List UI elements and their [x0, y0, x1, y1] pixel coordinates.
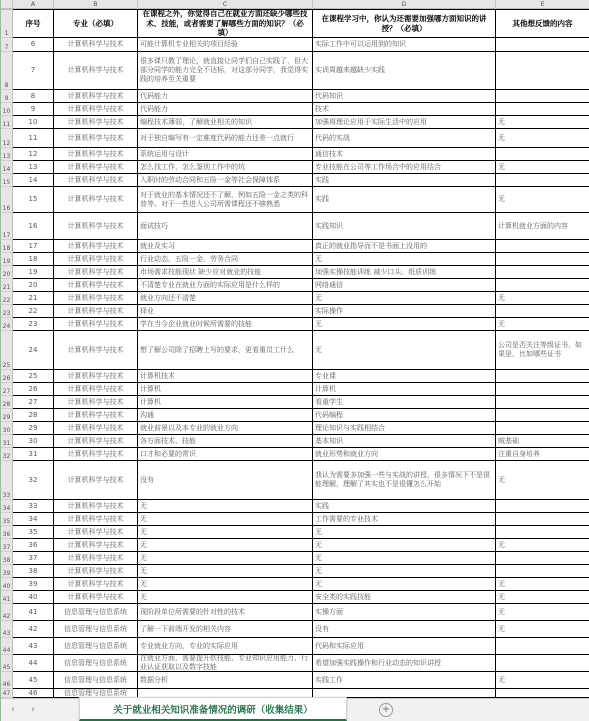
cell-lacking[interactable]: 无 [138, 552, 313, 565]
cell-feedback[interactable]: 无 [496, 672, 589, 689]
cell-serial[interactable]: 24 [13, 331, 54, 370]
table-row: 4544信息管理与信息系统在就业方面，需要提升软技能、专业知识应用能力、行业认证… [1, 655, 589, 672]
cell-major[interactable]: 计算机科学与技术 [54, 526, 138, 539]
cell-lacking[interactable]: 就业前景以及本专业的就业方向 [138, 422, 313, 435]
row-number-cell[interactable]: 38 [1, 552, 13, 565]
cell-serial[interactable]: 44 [13, 655, 54, 672]
table-row: 1413计算机科学与技术怎么找工作，怎么鉴别工作中的坑专业技能在公司等工作场合中… [1, 161, 589, 174]
row-number-cell[interactable]: 17 [1, 213, 13, 240]
cell-major[interactable]: 计算机科学与技术 [54, 103, 138, 116]
cell-teaching[interactable]: 理论知识与实践相结合 [313, 422, 496, 435]
spreadsheet-app: A B C D E 1 序号 专业（必填） 在课程之外，你觉得自己在就业方面还缺… [0, 0, 589, 721]
table-row: 2423计算机科学与技术学在当今企业就业时候所需要的技能无无 [1, 318, 589, 331]
row-number-cell[interactable]: 15 [1, 174, 13, 187]
cell-teaching[interactable]: 网络通信 [313, 279, 496, 292]
row-number-cell[interactable]: 28 [1, 396, 13, 409]
cell-serial[interactable]: 23 [13, 318, 54, 331]
header-lacking-skills[interactable]: 在课程之外，你觉得自己在就业方面还缺少哪些技术、技能，或者需要了解哪些方面的知识… [138, 9, 313, 38]
cell-teaching[interactable]: 工作需要的专业技术 [313, 513, 496, 526]
cell-lacking[interactable]: 口才和必要的常识 [138, 448, 313, 461]
row-number-cell[interactable]: 37 [1, 539, 13, 552]
cell-major[interactable]: 计算机科学与技术 [54, 116, 138, 129]
row-number-cell[interactable]: 19 [1, 253, 13, 266]
cell-lacking[interactable]: 在就业方面，需要提升软技能、专业知识应用能力、行业认证获取以及数字技能 [138, 655, 313, 672]
row-number-cell[interactable]: 29 [1, 409, 13, 422]
cell-lacking[interactable]: 无 [138, 500, 313, 513]
table-row: 1716计算机科学与技术面试技巧实践知识计算机就业方面的内容 [1, 213, 589, 240]
cell-serial[interactable]: 11 [13, 129, 54, 148]
cell-major[interactable]: 计算机科学与技术 [54, 422, 138, 435]
cell-teaching[interactable]: 实践 [313, 500, 496, 513]
cell-lacking[interactable]: 行业动态，五险一金，劳务合同 [138, 253, 313, 266]
cell-teaching[interactable]: 我认为需要多加强一些与实战的讲授，很多情况下不是很能理解，理解了其实也不是很懂怎… [313, 461, 496, 500]
cell-feedback[interactable] [496, 148, 589, 161]
row-number-cell[interactable]: 9 [1, 90, 13, 103]
table-row: 1312计算机科学与技术系统运用与设计通信技术 [1, 148, 589, 161]
row-number-cell[interactable]: 20 [1, 266, 13, 279]
cell-major[interactable]: 计算机科学与技术 [54, 318, 138, 331]
table-row: 3332计算机科学与技术没有我认为需要多加强一些与实战的讲授，很多情况下不是很能… [1, 461, 589, 500]
cell-teaching[interactable]: 实操方面 [313, 604, 496, 621]
table-row: 87计算机科学与技术很多课只教了理论，就直接让同学们自己实践了，但大部分同学的能… [1, 52, 589, 90]
cell-feedback[interactable] [496, 409, 589, 422]
cell-serial[interactable]: 21 [13, 292, 54, 305]
table-row: 2928计算机科学与技术沟通代码编程 [1, 409, 589, 422]
cell-feedback[interactable]: 公司是否关注等级证书，如果是，比如哪些证书 [496, 331, 589, 370]
cell-feedback[interactable]: 无 [496, 621, 589, 638]
cell-teaching[interactable]: 专业课 [313, 370, 496, 383]
cell-teaching[interactable]: 真正的就业指导而不是书面上没用的 [313, 240, 496, 253]
cell-serial[interactable]: 36 [13, 539, 54, 552]
cell-teaching[interactable]: 代码知识 [313, 90, 496, 103]
cell-feedback[interactable]: 计算机就业方面的内容 [496, 213, 589, 240]
table-row: 3534计算机科学与技术无工作需要的专业技术 [1, 513, 589, 526]
cell-serial[interactable]: 20 [13, 279, 54, 292]
cell-teaching[interactable]: 无 [313, 331, 496, 370]
cell-major[interactable]: 计算机科学与技术 [54, 331, 138, 370]
cell-teaching[interactable]: 计算机 [313, 383, 496, 396]
cell-serial[interactable]: 13 [13, 161, 54, 174]
cell-serial[interactable]: 35 [13, 526, 54, 539]
cell-feedback[interactable]: 无 [496, 539, 589, 552]
cell-feedback[interactable]: 无 [496, 187, 589, 213]
cell-lacking[interactable]: 编程技术薄弱，了解就业相关的知识 [138, 116, 313, 129]
cell-serial[interactable]: 46 [13, 689, 54, 698]
cell-major[interactable]: 计算机科学与技术 [54, 161, 138, 174]
row-number-cell[interactable]: 34 [1, 500, 13, 513]
cell-teaching[interactable]: 无 [313, 318, 496, 331]
tab-nav-right-icon[interactable]: › [31, 703, 35, 717]
cell-serial[interactable]: 40 [13, 591, 54, 604]
cell-serial[interactable]: 33 [13, 500, 54, 513]
cell-serial[interactable]: 6 [13, 38, 54, 52]
row-number-cell[interactable]: 13 [1, 148, 13, 161]
table-row: 2322计算机科学与技术择业实际操作 [1, 305, 589, 318]
cell-major[interactable]: 计算机科学与技术 [54, 370, 138, 383]
row-number-cell[interactable]: 32 [1, 448, 13, 461]
table-row: 109计算机科学与技术代码能力技术 [1, 103, 589, 116]
cell-teaching[interactable]: 代码和实际应用 [313, 638, 496, 655]
row-number-cell[interactable]: 44 [1, 638, 13, 655]
row-number-cell[interactable]: 33 [1, 461, 13, 500]
row-number-cell[interactable]: 27 [1, 383, 13, 396]
cell-major[interactable]: 计算机科学与技术 [54, 90, 138, 103]
cell-serial[interactable]: 16 [13, 213, 54, 240]
cell-feedback[interactable]: 无 [496, 578, 589, 591]
cell-feedback[interactable] [496, 655, 589, 672]
cell-lacking[interactable]: 对于就业的基本情况还不了解，例如五险一金之类的科普等。对于一些进入公司所需课程还… [138, 187, 313, 213]
column-letter-b[interactable]: B [54, 0, 138, 8]
header-other-feedback[interactable]: 其他想反馈的内容 [496, 9, 589, 38]
table-row: 4645信息管理与信息系统数据分析实践工作无 [1, 672, 589, 689]
cell-lacking[interactable]: 代码能力 [138, 90, 313, 103]
cell-feedback[interactable] [496, 52, 589, 90]
cell-serial[interactable]: 38 [13, 565, 54, 578]
cell-feedback[interactable] [496, 174, 589, 187]
cell-major[interactable]: 计算机科学与技术 [54, 591, 138, 604]
table-row: 4342信息管理与信息系统了解一下前端开发的相关内容没有无 [1, 621, 589, 638]
cell-lacking[interactable]: 怎么找工作，怎么鉴别工作中的坑 [138, 161, 313, 174]
table-row: 3433计算机科学与技术无实践 [1, 500, 589, 513]
active-sheet-tab[interactable]: 关于就业相关知识准备情况的调研（收集结果） [79, 697, 347, 721]
cell-lacking[interactable]: 无 [138, 539, 313, 552]
cell-lacking[interactable]: 学在当今企业就业时候所需要的技能 [138, 318, 313, 331]
cell-feedback[interactable] [496, 638, 589, 655]
header-serial[interactable]: 序号 [13, 9, 54, 38]
cell-serial[interactable]: 43 [13, 638, 54, 655]
cell-teaching[interactable]: 实践知识 [313, 213, 496, 240]
cell-major[interactable]: 信息管理与信息系统 [54, 672, 138, 689]
cell-serial[interactable]: 22 [13, 305, 54, 318]
cell-lacking[interactable]: 计算机 [138, 383, 313, 396]
header-teaching-needs[interactable]: 在课程学习中，你认为还需要加强哪方面知识的讲授？（必填） [313, 9, 496, 38]
row-number-cell[interactable]: 40 [1, 578, 13, 591]
cell-feedback[interactable]: 无 [496, 591, 589, 604]
row-number-cell[interactable]: 36 [1, 526, 13, 539]
cell-major[interactable]: 信息管理与信息系统 [54, 638, 138, 655]
row-number-cell[interactable]: 43 [1, 621, 13, 638]
cell-major[interactable]: 信息管理与信息系统 [54, 604, 138, 621]
cell-feedback[interactable] [496, 38, 589, 52]
table-row: 4039计算机科学与技术无无无 [1, 578, 589, 591]
cell-major[interactable]: 计算机科学与技术 [54, 500, 138, 513]
cell-teaching[interactable]: 专业技能在公司等工作场合中的应用结合 [313, 161, 496, 174]
cell-feedback[interactable] [496, 279, 589, 292]
table-row: 3837计算机科学与技术无无 [1, 552, 589, 565]
cell-major[interactable]: 计算机科学与技术 [54, 409, 138, 422]
row-number-cell[interactable]: 31 [1, 435, 13, 448]
cell-serial[interactable]: 28 [13, 409, 54, 422]
table-row: 3231计算机科学与技术口才和必要的常识就业形势和就业方向注重自身培养 [1, 448, 589, 461]
cell-major[interactable]: 计算机科学与技术 [54, 461, 138, 500]
cell-serial[interactable]: 37 [13, 552, 54, 565]
cell-serial[interactable]: 10 [13, 116, 54, 129]
row-number-cell[interactable]: 25 [1, 331, 13, 370]
cell-lacking[interactable]: 就业及实习 [138, 240, 313, 253]
cell-major[interactable]: 计算机科学与技术 [54, 578, 138, 591]
cell-teaching[interactable]: 加强实操技能训练 减少口头、纸质训练 [313, 266, 496, 279]
column-letter-row: A B C D E [1, 0, 589, 9]
cell-serial[interactable]: 8 [13, 90, 54, 103]
row-number-cell[interactable]: 21 [1, 279, 13, 292]
cell-lacking[interactable]: 计算机技术 [138, 370, 313, 383]
cell-serial[interactable]: 15 [13, 187, 54, 213]
row-number-cell[interactable]: 7 [1, 38, 13, 52]
cell-teaching[interactable]: 安全类的实践技能 [313, 591, 496, 604]
row-number-cell[interactable]: 39 [1, 565, 13, 578]
cell-teaching[interactable]: 无 [313, 253, 496, 266]
row-number-cell[interactable]: 42 [1, 604, 13, 621]
cell-lacking[interactable]: 各方面技术、技能 [138, 435, 313, 448]
table-row: 1211计算机科学与技术对于独自编写有一定难度代码的能力还差一点就行代码的实战无 [1, 129, 589, 148]
row-number-cell[interactable]: 10 [1, 103, 13, 116]
cell-major[interactable]: 计算机科学与技术 [54, 305, 138, 318]
cell-serial[interactable]: 18 [13, 253, 54, 266]
cell-feedback[interactable] [496, 513, 589, 526]
cell-teaching[interactable]: 实践工作 [313, 672, 496, 689]
cell-major[interactable]: 计算机科学与技术 [54, 396, 138, 409]
cell-lacking[interactable]: 就业方向还不清楚 [138, 292, 313, 305]
table-row: 1918计算机科学与技术行业动态，五险一金，劳务合同无 [1, 253, 589, 266]
cell-feedback[interactable] [496, 500, 589, 513]
cell-lacking[interactable]: 很多课只教了理论，就直接让同学们自己实践了，但大部分同学的能力完全不达标，对这部… [138, 52, 313, 90]
cell-teaching[interactable]: 无 [313, 292, 496, 305]
cell-teaching[interactable]: 实践 [313, 187, 496, 213]
cell-lacking[interactable]: 沟通 [138, 409, 313, 422]
cell-major[interactable]: 计算机科学与技术 [54, 240, 138, 253]
cell-feedback[interactable] [496, 552, 589, 565]
cell-lacking[interactable]: 市场需求技能现状 缺少应对就业的技能 [138, 266, 313, 279]
cell-feedback[interactable]: 无 [496, 129, 589, 148]
cell-teaching[interactable]: 代码编程 [313, 409, 496, 422]
cell-serial[interactable]: 17 [13, 240, 54, 253]
row-number-cell[interactable]: 41 [1, 591, 13, 604]
cell-serial[interactable]: 31 [13, 448, 54, 461]
cell-feedback[interactable]: 无 [496, 292, 589, 305]
cell-lacking[interactable]: 面试技巧 [138, 213, 313, 240]
cell-teaching[interactable]: 技术 [313, 103, 496, 116]
cell-feedback[interactable] [496, 526, 589, 539]
cell-feedback[interactable] [496, 689, 589, 698]
cell-feedback[interactable] [496, 103, 589, 116]
cell-teaching[interactable]: 没有 [313, 621, 496, 638]
cell-lacking[interactable]: 系统运用与设计 [138, 148, 313, 161]
table-row: 3130计算机科学与技术各方面技术、技能基本知识贼基础 [1, 435, 589, 448]
cell-teaching[interactable]: 无 [313, 552, 496, 565]
cell-major[interactable]: 计算机科学与技术 [54, 187, 138, 213]
cell-major[interactable]: 计算机科学与技术 [54, 513, 138, 526]
row-number-cell[interactable]: 8 [1, 52, 13, 90]
cell-feedback[interactable]: 无 [496, 161, 589, 174]
header-row: 1 序号 专业（必填） 在课程之外，你觉得自己在就业方面还缺少哪些技术、技能，或… [1, 9, 589, 38]
cell-serial[interactable]: 27 [13, 396, 54, 409]
cell-major[interactable]: 计算机科学与技术 [54, 279, 138, 292]
cell-major[interactable]: 计算机科学与技术 [54, 174, 138, 187]
cell-feedback[interactable]: 无 [496, 461, 589, 500]
cell-feedback[interactable] [496, 240, 589, 253]
row-number-cell[interactable]: 12 [1, 129, 13, 148]
cell-serial[interactable]: 42 [13, 621, 54, 638]
cell-teaching[interactable]: 加强将理论应用于实际生活中的应用 [313, 116, 496, 129]
row-number-cell[interactable]: 11 [1, 116, 13, 129]
cell-major[interactable]: 计算机科学与技术 [54, 435, 138, 448]
cell-teaching[interactable]: 实际操作 [313, 305, 496, 318]
cell-teaching[interactable]: 通信技术 [313, 148, 496, 161]
cell-serial[interactable]: 26 [13, 383, 54, 396]
cell-major[interactable]: 计算机科学与技术 [54, 52, 138, 90]
cell-lacking[interactable]: 择业 [138, 305, 313, 318]
cell-feedback[interactable] [496, 305, 589, 318]
cell-lacking[interactable]: 数据分析 [138, 672, 313, 689]
cell-serial[interactable]: 45 [13, 672, 54, 689]
cell-feedback[interactable] [496, 253, 589, 266]
column-letter-e[interactable]: E [496, 0, 589, 8]
row-number-cell[interactable]: 22 [1, 292, 13, 305]
cell-lacking[interactable]: 代码能力 [138, 103, 313, 116]
column-letter-d[interactable]: D [313, 0, 496, 8]
cell-major[interactable]: 计算机科学与技术 [54, 552, 138, 565]
row-number-cell[interactable]: 1 [1, 9, 13, 38]
cell-major[interactable]: 信息管理与信息系统 [54, 621, 138, 638]
cell-feedback[interactable] [496, 370, 589, 383]
cell-lacking[interactable]: 不清楚专业在就业方面的实际应用是什么样的 [138, 279, 313, 292]
cell-feedback[interactable] [496, 266, 589, 279]
cell-feedback[interactable] [496, 396, 589, 409]
table-row: 4140计算机科学与技术无安全类的实践技能无 [1, 591, 589, 604]
row-number-cell[interactable]: 35 [1, 513, 13, 526]
column-letter-c[interactable]: C [138, 0, 313, 8]
table-row: 4443信息管理与信息系统专业就业方向，专业的实际应用代码和实际应用 [1, 638, 589, 655]
row-number-cell[interactable]: 26 [1, 370, 13, 383]
cell-serial[interactable]: 34 [13, 513, 54, 526]
add-sheet-button[interactable]: + [379, 703, 393, 717]
tab-nav-left-icon[interactable]: ‹ [11, 703, 15, 717]
cell-major[interactable]: 计算机科学与技术 [54, 448, 138, 461]
cell-teaching[interactable]: 无 [313, 565, 496, 578]
cell-serial[interactable]: 14 [13, 174, 54, 187]
row-number-cell[interactable]: 23 [1, 305, 13, 318]
cell-lacking[interactable]: 无 [138, 565, 313, 578]
cell-teaching[interactable]: 实训周越来越缺少实践 [313, 52, 496, 90]
cell-major[interactable]: 计算机科学与技术 [54, 383, 138, 396]
cell-teaching[interactable]: 无 [313, 539, 496, 552]
table-row: 2019计算机科学与技术市场需求技能现状 缺少应对就业的技能加强实操技能训练 减… [1, 266, 589, 279]
cell-major[interactable]: 计算机科学与技术 [54, 292, 138, 305]
cell-feedback[interactable] [496, 422, 589, 435]
cell-major[interactable]: 计算机科学与技术 [54, 266, 138, 279]
cell-lacking[interactable]: 没有 [138, 461, 313, 500]
cell-lacking[interactable]: 计算机 [138, 396, 313, 409]
cell-lacking[interactable]: 无 [138, 513, 313, 526]
table-body: 76计算机科学与技术可能计算机专业相关的项目经验实际工作中可以运用到的知识87计… [1, 38, 589, 698]
cell-feedback[interactable]: 无 [496, 116, 589, 129]
table-row: 1817计算机科学与技术就业及实习真正的就业指导而不是书面上没用的 [1, 240, 589, 253]
cell-major[interactable]: 计算机科学与技术 [54, 129, 138, 148]
row-number-cell[interactable]: 24 [1, 318, 13, 331]
cell-major[interactable]: 信息管理与信息系统 [54, 655, 138, 672]
sheet-tab-bar: ‹ › 关于就业相关知识准备情况的调研（收集结果） + [1, 698, 589, 721]
tab-navigation: ‹ › [11, 703, 61, 717]
cell-feedback[interactable]: 注重自身培养 [496, 448, 589, 461]
column-letter-a[interactable]: A [13, 0, 54, 8]
cell-serial[interactable]: 12 [13, 148, 54, 161]
table-row: 1110计算机科学与技术编程技术薄弱，了解就业相关的知识加强将理论应用于实际生活… [1, 116, 589, 129]
table-row: 3029计算机科学与技术就业前景以及本专业的就业方向理论知识与实践相结合 [1, 422, 589, 435]
cell-teaching[interactable]: 无 [313, 526, 496, 539]
cell-major[interactable]: 计算机科学与技术 [54, 565, 138, 578]
row-number-cell[interactable]: 47 [1, 689, 13, 698]
cell-serial[interactable]: 25 [13, 370, 54, 383]
cell-serial[interactable]: 39 [13, 578, 54, 591]
cell-serial[interactable]: 32 [13, 461, 54, 500]
cell-feedback[interactable]: 无 [496, 604, 589, 621]
row-number-cell[interactable]: 14 [1, 161, 13, 174]
cell-major[interactable]: 计算机科学与技术 [54, 38, 138, 52]
table-row: 3736计算机科学与技术无无无 [1, 539, 589, 552]
cell-teaching[interactable]: 代码的实战 [313, 129, 496, 148]
table-row: 2827计算机科学与技术计算机看重学生 [1, 396, 589, 409]
cell-feedback[interactable] [496, 565, 589, 578]
cell-lacking[interactable]: 了解一下前端开发的相关内容 [138, 621, 313, 638]
cell-lacking[interactable]: 无 [138, 591, 313, 604]
cell-feedback[interactable] [496, 90, 589, 103]
cell-teaching[interactable]: 希望加强实践操作和行业动态的知识讲授 [313, 655, 496, 672]
header-major[interactable]: 专业（必填） [54, 9, 138, 38]
cell-teaching[interactable]: 看重学生 [313, 396, 496, 409]
select-all-corner[interactable] [1, 0, 13, 8]
table-row: 4241信息管理与信息系统现阶段单位所需要的针对性的技术实操方面无 [1, 604, 589, 621]
table-row: 2524计算机科学与技术想了解公司除了招聘上写的要求，更看重员工什么无公司是否关… [1, 331, 589, 370]
table-row: 3938计算机科学与技术无无 [1, 565, 589, 578]
table-row: 98计算机科学与技术代码能力代码知识 [1, 90, 589, 103]
cell-serial[interactable]: 41 [13, 604, 54, 621]
cell-lacking[interactable]: 专业就业方向，专业的实际应用 [138, 638, 313, 655]
cell-lacking[interactable]: 入职时的劳动合同和五险一金等社会保障体系 [138, 174, 313, 187]
cell-lacking[interactable]: 无 [138, 578, 313, 591]
cell-lacking[interactable]: 对于独自编写有一定难度代码的能力还差一点就行 [138, 129, 313, 148]
cell-feedback[interactable]: 贼基础 [496, 435, 589, 448]
table-row: 2120计算机科学与技术不清楚专业在就业方面的实际应用是什么样的网络通信 [1, 279, 589, 292]
row-number-cell[interactable]: 16 [1, 187, 13, 213]
row-number-cell[interactable]: 46 [1, 672, 13, 689]
cell-teaching[interactable]: 实际工作中可以运用到的知识 [313, 38, 496, 52]
cell-serial[interactable]: 7 [13, 52, 54, 90]
cell-teaching[interactable]: 实践 [313, 174, 496, 187]
cell-serial[interactable]: 19 [13, 266, 54, 279]
cell-teaching[interactable]: 就业形势和就业方向 [313, 448, 496, 461]
cell-teaching[interactable]: 无 [313, 578, 496, 591]
cell-major[interactable]: 计算机科学与技术 [54, 539, 138, 552]
cell-lacking[interactable]: 现阶段单位所需要的针对性的技术 [138, 604, 313, 621]
table-row: 3635计算机科学与技术无无 [1, 526, 589, 539]
cell-major[interactable]: 计算机科学与技术 [54, 213, 138, 240]
cell-serial[interactable]: 29 [13, 422, 54, 435]
row-number-cell[interactable]: 18 [1, 240, 13, 253]
cell-serial[interactable]: 30 [13, 435, 54, 448]
cell-major[interactable]: 计算机科学与技术 [54, 148, 138, 161]
cell-lacking[interactable]: 可能计算机专业相关的项目经验 [138, 38, 313, 52]
row-number-cell[interactable]: 30 [1, 422, 13, 435]
table-row: 1514计算机科学与技术入职时的劳动合同和五险一金等社会保障体系实践 [1, 174, 589, 187]
cell-major[interactable]: 计算机科学与技术 [54, 253, 138, 266]
cell-feedback[interactable] [496, 383, 589, 396]
cell-feedback[interactable]: 无 [496, 318, 589, 331]
row-number-cell[interactable]: 45 [1, 655, 13, 672]
cell-lacking[interactable]: 想了解公司除了招聘上写的要求，更看重员工什么 [138, 331, 313, 370]
cell-serial[interactable]: 9 [13, 103, 54, 116]
cell-teaching[interactable]: 基本知识 [313, 435, 496, 448]
cell-lacking[interactable]: 无 [138, 526, 313, 539]
